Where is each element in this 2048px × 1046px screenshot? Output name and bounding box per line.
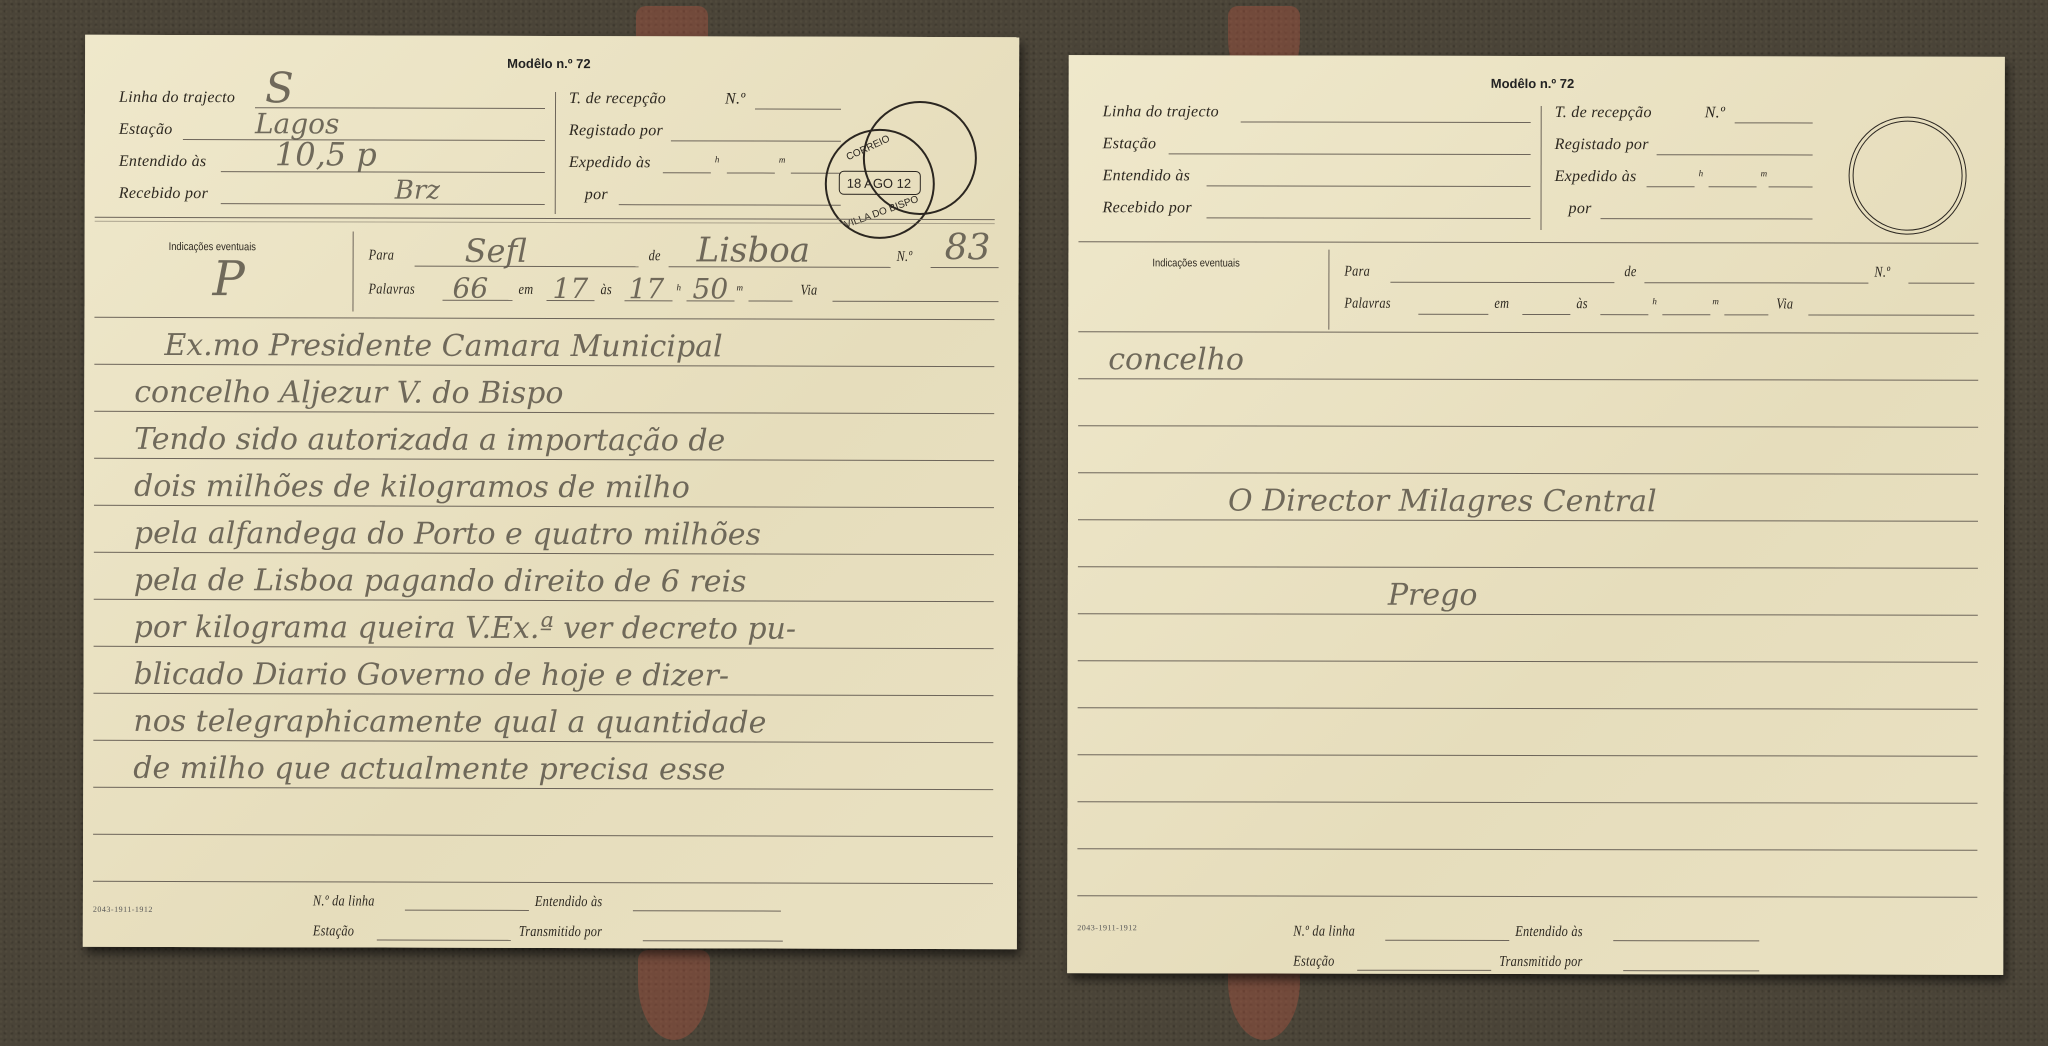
label-palavras: Palavras [369, 282, 415, 299]
label-entendido-as: Entendido às [119, 153, 207, 171]
message-body: concelhoO Director Milagres CentralPrego [1069, 55, 2005, 57]
footer-label-transmitido-por: Transmitido por [1499, 954, 1582, 971]
hw-body-line: O Director Milagres Central [1228, 483, 1657, 519]
label-para: Para [369, 248, 395, 265]
label-estacao: Estação [1103, 135, 1157, 153]
hw-body-line: concelho Aljezur V. do Bispo [134, 375, 563, 411]
label-palavras: Palavras [1344, 296, 1390, 313]
label-registado-por: Registado por [569, 122, 663, 140]
label-recebido-por: Recebido por [119, 185, 208, 203]
label-linha-do-trajecto: Linha do trajecto [1103, 103, 1219, 121]
postmark-ring [863, 101, 977, 215]
label-recebido-por: Recebido por [1103, 199, 1192, 217]
label-linha-do-trajecto: Linha do trajecto [119, 89, 235, 107]
hw-em: 17 [552, 272, 588, 305]
hw-body-line: pela alfandega do Porto e quatro milhões [134, 516, 761, 553]
label-numero-msg: N.º [1874, 265, 1890, 282]
hw-de: Lisboa [697, 230, 811, 270]
label-por: por [585, 186, 608, 204]
footer-label-transmitido-por: Transmitido por [519, 924, 602, 941]
telegram-form-right: Modêlo n.º 72 Linha do trajecto Estação … [1067, 55, 2005, 975]
hw-para: Sefl [465, 232, 527, 270]
hw-body-line: nos telegraphicamente qual a quantidade [133, 704, 766, 741]
label-registado-por: Registado por [1555, 136, 1649, 154]
label-para: Para [1344, 264, 1370, 281]
hw-body-line: Prego [1388, 578, 1478, 613]
hw-body-line: concelho [1108, 342, 1244, 377]
form-model-number: Modêlo n.º 72 [1491, 76, 1575, 91]
hw-body-line: blicado Diario Governo de hoje e dizer- [133, 657, 729, 694]
hw-body-line: por kilograma queira V.Ex.ª ver decreto … [134, 610, 796, 647]
label-t-de-recepcao: T. de recepção [569, 90, 666, 108]
label-de: de [649, 248, 661, 265]
hw-as-hours: 17 [628, 272, 664, 305]
message-body: Ex.mo Presidente Camara Municipalconcelh… [85, 35, 1019, 37]
label-expedido-as: Expedido às [1555, 168, 1637, 186]
label-estacao: Estação [119, 121, 173, 139]
hw-recebido-por: Brz [395, 176, 440, 206]
print-number: 2043-1911-1912 [93, 905, 153, 914]
hw-indicacoes: P [212, 251, 244, 307]
hw-body-line: de milho que actualmente precisa esse [133, 751, 725, 788]
hw-body-line: dois milhões de kilogramos de milho [134, 469, 690, 505]
footer-label-entendido-as: Entendido às [535, 894, 603, 911]
label-entendido-as: Entendido às [1103, 167, 1191, 185]
print-number: 2043-1911-1912 [1077, 923, 1137, 932]
hw-numero: 83 [945, 227, 991, 268]
footer-label-n-da-linha: N.º da linha [313, 893, 375, 910]
hw-entendido-as: 10,5 p [275, 135, 377, 173]
hw-linha-do-trajecto: S [265, 63, 294, 112]
hw-as-minutes: 50 [692, 272, 728, 305]
hw-body-line: Tendo sido autorizada a importação de [134, 422, 725, 459]
label-t-de-recepcao: T. de recepção [1555, 104, 1652, 122]
watermark-logo [638, 950, 710, 1040]
hw-body-line: pela de Lisboa pagando direito de 6 reis [134, 563, 747, 600]
footer-label-estacao: Estação [1293, 954, 1334, 971]
label-numero: N.º [1705, 104, 1726, 122]
label-por: por [1569, 200, 1592, 218]
hw-palavras: 66 [452, 272, 488, 305]
label-indicacoes-eventuais: Indicações eventuais [1152, 257, 1239, 269]
footer-label-entendido-as: Entendido às [1515, 924, 1583, 941]
hw-body-line: Ex.mo Presidente Camara Municipal [164, 328, 722, 364]
footer-label-n-da-linha: N.º da linha [1293, 924, 1355, 941]
form-model-number: Modêlo n.º 72 [507, 56, 591, 71]
label-de: de [1624, 264, 1636, 281]
footer-label-estacao: Estação [313, 923, 354, 940]
label-numero-msg: N.º [897, 249, 913, 266]
telegram-form-left: Modêlo n.º 72 Linha do trajecto S Estaçã… [83, 35, 1019, 949]
label-expedido-as: Expedido às [569, 154, 651, 172]
label-numero: N.º [725, 90, 746, 108]
